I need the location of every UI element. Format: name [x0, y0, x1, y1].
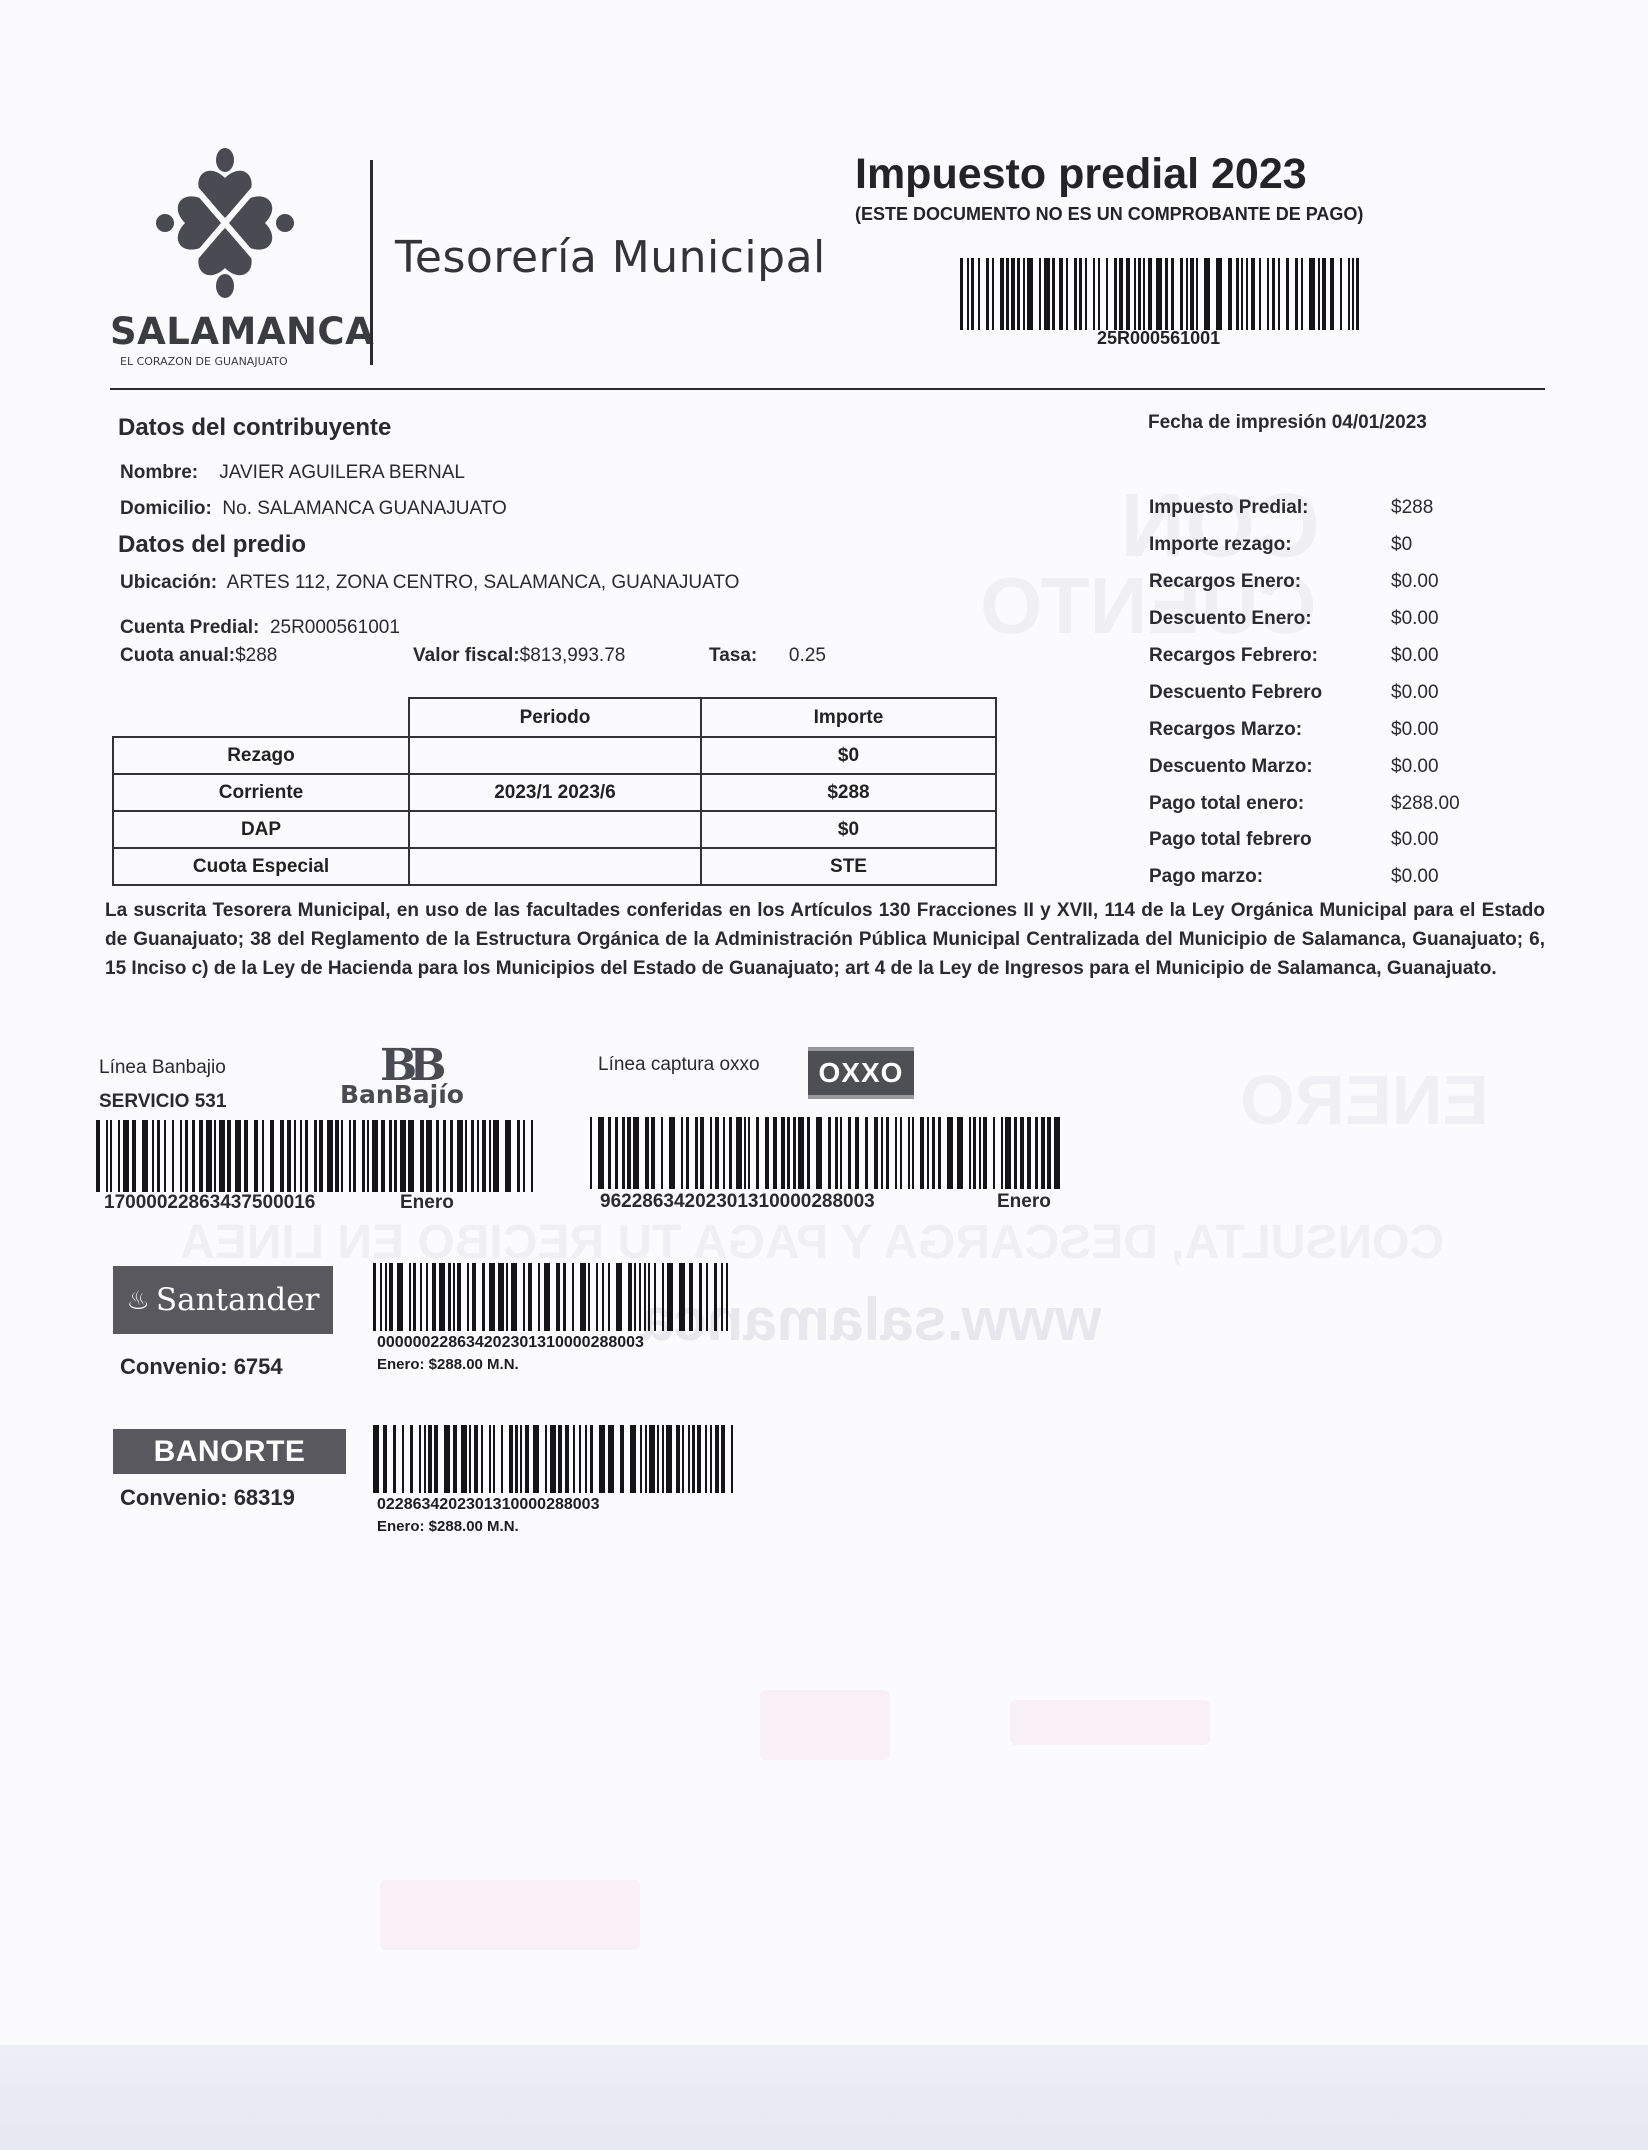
santander-logo-text: Santander: [156, 1282, 320, 1318]
banorte-logo-icon: BANORTE: [113, 1429, 346, 1474]
summary-value: $0.00: [1391, 866, 1439, 888]
address-label: Domicilio:: [120, 498, 212, 519]
oxxo-logo-text: OXXO: [819, 1057, 904, 1089]
summary-label: Pago marzo:: [1149, 866, 1391, 888]
period-cell: [409, 737, 701, 774]
period-table-header: Periodo Importe: [113, 698, 996, 737]
print-date: Fecha de impresión 04/01/2023: [1148, 412, 1427, 434]
santander-barcode: [373, 1263, 733, 1331]
santander-logo-icon: ♨ Santander: [113, 1266, 333, 1334]
account-barcode: [960, 258, 1360, 330]
oxxo-month: Enero: [997, 1191, 1051, 1213]
column-header-amount: Importe: [701, 698, 996, 737]
summary-row: Impuesto Predial:$288: [1149, 490, 1549, 527]
bleed-through-band: [0, 2045, 1648, 2150]
banbajio-label: Línea Banbajio: [99, 1057, 226, 1079]
print-date-label: Fecha de impresión: [1148, 412, 1326, 433]
summary-row: Recargos Enero:$0.00: [1149, 564, 1549, 601]
summary-row: Importe rezago:$0: [1149, 527, 1549, 564]
fiscal-value-row: Valor fiscal:$813,993.78: [413, 645, 625, 667]
period-table: Periodo Importe Rezago $0 Corriente 2023…: [112, 697, 997, 886]
banbajio-code: 17000022863437500016: [104, 1192, 315, 1214]
summary-row: Descuento Enero:$0.00: [1149, 601, 1549, 638]
banorte-agreement-value: 68319: [234, 1485, 295, 1510]
summary-value: $0.00: [1391, 829, 1439, 851]
summary-label: Pago total febrero: [1149, 829, 1391, 851]
fiscal-value: $813,993.78: [520, 645, 626, 666]
column-header-concept: [113, 698, 409, 737]
concept-cell: Cuota Especial: [113, 848, 409, 885]
municipality-name: SALAMANCA: [110, 310, 374, 353]
bleed-through-decoration: [1010, 1700, 1210, 1745]
oxxo-barcode: [590, 1117, 1060, 1189]
summary-label: Recargos Febrero:: [1149, 645, 1391, 667]
banbajio-logo-text: BanBajío: [340, 1080, 464, 1109]
amount-cell: STE: [701, 848, 996, 885]
property-account: 25R000561001: [270, 617, 400, 638]
concept-cell: Rezago: [113, 737, 409, 774]
banorte-agreement: Convenio: 68319: [120, 1485, 295, 1511]
document-title: Impuesto predial 2023: [855, 150, 1307, 199]
summary-label: Recargos Enero:: [1149, 571, 1391, 593]
period-cell: [409, 811, 701, 848]
bleed-through-decoration: [380, 1880, 640, 1950]
concept-cell: DAP: [113, 811, 409, 848]
property-heading: Datos del predio: [118, 531, 306, 559]
summary-row: Recargos Febrero:$0.00: [1149, 638, 1549, 675]
column-header-period: Periodo: [409, 698, 701, 737]
summary-label: Descuento Marzo:: [1149, 756, 1391, 778]
taxpayer-name: JAVIER AGUILERA BERNAL: [219, 462, 465, 483]
table-row: Corriente 2023/1 2023/6 $288: [113, 774, 996, 811]
annual-fee-label: Cuota anual:: [120, 645, 235, 666]
santander-flame-icon: ♨: [127, 1285, 150, 1316]
period-cell: 2023/1 2023/6: [409, 774, 701, 811]
summary-value: $0.00: [1391, 719, 1439, 741]
bleed-through-decoration: CONSULTA, DESCARGA Y PAGA TU RECIBO EN L…: [180, 1215, 1444, 1270]
amount-cell: $0: [701, 737, 996, 774]
summary-value: $0.00: [1391, 756, 1439, 778]
summary-value: $0.00: [1391, 645, 1439, 667]
santander-amount: Enero: $288.00 M.N.: [377, 1356, 519, 1373]
banbajio-month: Enero: [400, 1192, 454, 1214]
summary-value: $288.00: [1391, 793, 1460, 815]
summary-row: Pago total febrero$0.00: [1149, 822, 1549, 859]
table-row: DAP $0: [113, 811, 996, 848]
rate-row: Tasa: 0.25: [709, 645, 826, 667]
fiscal-value-label: Valor fiscal:: [413, 645, 520, 666]
summary-row: Recargos Marzo:$0.00: [1149, 711, 1549, 748]
property-location: ARTES 112, ZONA CENTRO, SALAMANCA, GUANA…: [227, 572, 740, 593]
table-row: Rezago $0: [113, 737, 996, 774]
amount-cell: $0: [701, 811, 996, 848]
santander-agreement-label: Convenio:: [120, 1354, 228, 1379]
oxxo-code: 96228634202301310000288003: [600, 1191, 875, 1213]
bleed-through-decoration: [760, 1690, 890, 1760]
property-location-row: Ubicación: ARTES 112, ZONA CENTRO, SALAM…: [120, 572, 739, 594]
taxpayer-address-row: Domicilio: No. SALAMANCA GUANAJUATO: [120, 498, 507, 520]
summary-label: Importe rezago:: [1149, 534, 1391, 556]
summary-value: $0: [1391, 534, 1412, 556]
banbajio-barcode: [96, 1120, 536, 1192]
header-divider: [370, 160, 373, 365]
property-account-row: Cuenta Predial: 25R000561001: [120, 617, 400, 639]
taxpayer-address: No. SALAMANCA GUANAJUATO: [222, 498, 506, 519]
banorte-agreement-label: Convenio:: [120, 1485, 228, 1510]
legal-text: La suscrita Tesorera Municipal, en uso d…: [105, 896, 1545, 983]
summary-row: Descuento Febrero$0.00: [1149, 674, 1549, 711]
summary-label: Recargos Marzo:: [1149, 719, 1391, 741]
santander-code: 000000228634202301310000288003: [377, 1334, 644, 1352]
department-name: Tesorería Municipal: [395, 232, 826, 283]
santander-agreement: Convenio: 6754: [120, 1354, 283, 1380]
concept-cell: Corriente: [113, 774, 409, 811]
summary-label: Descuento Enero:: [1149, 608, 1391, 630]
payment-summary: Impuesto Predial:$288 Importe rezago:$0 …: [1149, 490, 1549, 896]
bleed-through-decoration: ENERO: [1240, 1060, 1489, 1140]
banorte-amount: Enero: $288.00 M.N.: [377, 1518, 519, 1535]
annual-fee-row: Cuota anual:$288: [120, 645, 277, 667]
oxxo-logo-icon: OXXO: [808, 1047, 914, 1099]
banorte-logo-text: BANORTE: [154, 1435, 306, 1469]
banbajio-service: SERVICIO 531: [99, 1091, 226, 1113]
period-cell: [409, 848, 701, 885]
annual-fee-value: $288: [235, 645, 277, 666]
name-label: Nombre:: [120, 462, 198, 483]
table-row: Cuota Especial STE: [113, 848, 996, 885]
summary-row: Descuento Marzo:$0.00: [1149, 748, 1549, 785]
banorte-code: 0228634202301310000288003: [377, 1496, 599, 1514]
summary-label: Pago total enero:: [1149, 793, 1391, 815]
summary-row: Pago marzo:$0.00: [1149, 859, 1549, 896]
header-rule: [110, 388, 1545, 390]
summary-label: Impuesto Predial:: [1149, 497, 1391, 519]
rate-label: Tasa:: [709, 645, 757, 666]
summary-value: $288: [1391, 497, 1433, 519]
location-label: Ubicación:: [120, 572, 217, 593]
summary-value: $0.00: [1391, 682, 1439, 704]
account-barcode-text: 25R000561001: [1097, 328, 1220, 349]
summary-row: Pago total enero:$288.00: [1149, 785, 1549, 822]
salamanca-logo-icon: [155, 148, 295, 298]
oxxo-label: Línea captura oxxo: [598, 1054, 760, 1076]
taxpayer-name-row: Nombre: JAVIER AGUILERA BERNAL: [120, 462, 465, 484]
municipality-tagline: EL CORAZON DE GUANAJUATO: [120, 355, 288, 368]
summary-label: Descuento Febrero: [1149, 682, 1391, 704]
amount-cell: $288: [701, 774, 996, 811]
taxpayer-heading: Datos del contribuyente: [118, 414, 391, 442]
account-label: Cuenta Predial:: [120, 617, 259, 638]
print-date-value: 04/01/2023: [1332, 412, 1427, 433]
rate-value: 0.25: [789, 645, 826, 666]
summary-value: $0.00: [1391, 571, 1439, 593]
banorte-barcode: [373, 1425, 733, 1493]
summary-value: $0.00: [1391, 608, 1439, 630]
document-subtitle: (ESTE DOCUMENTO NO ES UN COMPROBANTE DE …: [855, 204, 1363, 225]
santander-agreement-value: 6754: [234, 1354, 283, 1379]
